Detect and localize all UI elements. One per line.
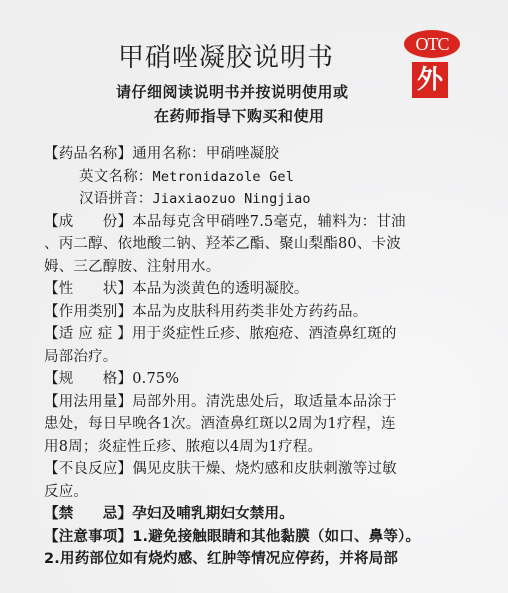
section-drug-name: 【药品名称】通用名称：甲硝唑凝胶 (44, 143, 474, 166)
dosage-text: 局部外用。清洗患处后，取适量本品涂于 (132, 394, 397, 410)
section-appearance: 【性 状】本品为淡黄色的透明凝胶。 (44, 278, 474, 301)
section-spec: 【规 格】0.75% (44, 368, 474, 391)
category-text: 本品为皮肤科用药类非处方药药品。 (132, 304, 367, 320)
ingredients-line-2: 、丙二醇、依地酸二钠、羟苯乙酯、聚山梨酯80、卡波 (44, 233, 474, 256)
section-category: 【作用类别】本品为皮肤科用药类非处方药药品。 (44, 301, 474, 324)
english-name-row: 英文名称：Metronidazole Gel (44, 166, 474, 189)
otc-badge: OTC (404, 30, 460, 58)
generic-name: 通用名称：甲硝唑凝胶 (132, 146, 279, 162)
indications-line-2: 局部治疗。 (44, 346, 474, 369)
section-label: 【适 应 症 】 (44, 326, 132, 342)
indications-text: 用于炎症性丘疹、脓疱疮、酒渣鼻红斑的 (132, 326, 397, 342)
dosage-line-2: 患处，每日早晚各1次。酒渣鼻红斑以2周为1疗程，连 (44, 413, 474, 436)
pinyin-row: 汉语拼音：Jiaxiaozuo Ningjiao (44, 188, 474, 211)
section-ingredients: 【成 份】本品每克含甲硝唑7.5毫克，辅料为：甘油 (44, 211, 474, 234)
contraindications-text: 孕妇及哺乳期妇女禁用。 (132, 506, 294, 522)
section-label: 【作用类别】 (44, 304, 132, 320)
subtitle-line-1: 请仔细阅读说明书并按说明使用或 (116, 81, 349, 102)
section-precautions: 【注意事项】1.避免接触眼睛和其他黏膜（如口、鼻等）。 (44, 526, 474, 549)
section-label: 【性 状】 (44, 281, 132, 297)
section-label: 【禁 忌】 (44, 506, 132, 522)
english-name-label: 英文名称： (79, 169, 153, 185)
external-use-badge: 外 (412, 62, 448, 98)
section-label: 【不良反应】 (44, 461, 132, 477)
pinyin-label: 汉语拼音： (79, 191, 153, 207)
section-label: 【注意事项】 (44, 529, 132, 545)
ingredients-line-3: 姆、三乙醇胺、注射用水。 (44, 256, 474, 279)
english-name: Metronidazole Gel (153, 169, 295, 185)
adverse-line-2: 反应。 (44, 481, 474, 504)
section-label: 【用法用量】 (44, 394, 132, 410)
section-label: 【药品名称】 (44, 146, 132, 162)
section-label: 【成 份】 (44, 214, 132, 230)
adverse-text: 偶见皮肤干燥、烧灼感和皮肤刺激等过敏 (132, 461, 397, 477)
ingredients-text: 本品每克含甲硝唑7.5毫克，辅料为：甘油 (132, 214, 406, 230)
section-adverse-reactions: 【不良反应】偶见皮肤干燥、烧灼感和皮肤刺激等过敏 (44, 458, 474, 481)
page-title: 甲硝唑凝胶说明书 (118, 37, 334, 74)
dosage-line-3: 用8周；炎症性丘疹、脓疱以4周为1疗程。 (44, 436, 474, 459)
appearance-text: 本品为淡黄色的透明凝胶。 (132, 281, 308, 297)
leaflet-body: 【药品名称】通用名称：甲硝唑凝胶 英文名称：Metronidazole Gel … (44, 143, 474, 571)
section-dosage: 【用法用量】局部外用。清洗患处后，取适量本品涂于 (44, 391, 474, 414)
section-label: 【规 格】 (44, 371, 132, 387)
precautions-text: 1.避免接触眼睛和其他黏膜（如口、鼻等）。 (132, 529, 420, 545)
subtitle-line-2: 在药师指导下购买和使用 (154, 105, 325, 126)
pinyin-name: Jiaxiaozuo Ningjiao (153, 191, 311, 207)
precautions-line-2: 2.用药部位如有烧灼感、红肿等情况应停药，并将局部 (44, 548, 474, 571)
spec-text: 0.75% (132, 371, 179, 387)
section-contraindications: 【禁 忌】孕妇及哺乳期妇女禁用。 (44, 503, 474, 526)
section-indications: 【适 应 症 】用于炎症性丘疹、脓疱疮、酒渣鼻红斑的 (44, 323, 474, 346)
